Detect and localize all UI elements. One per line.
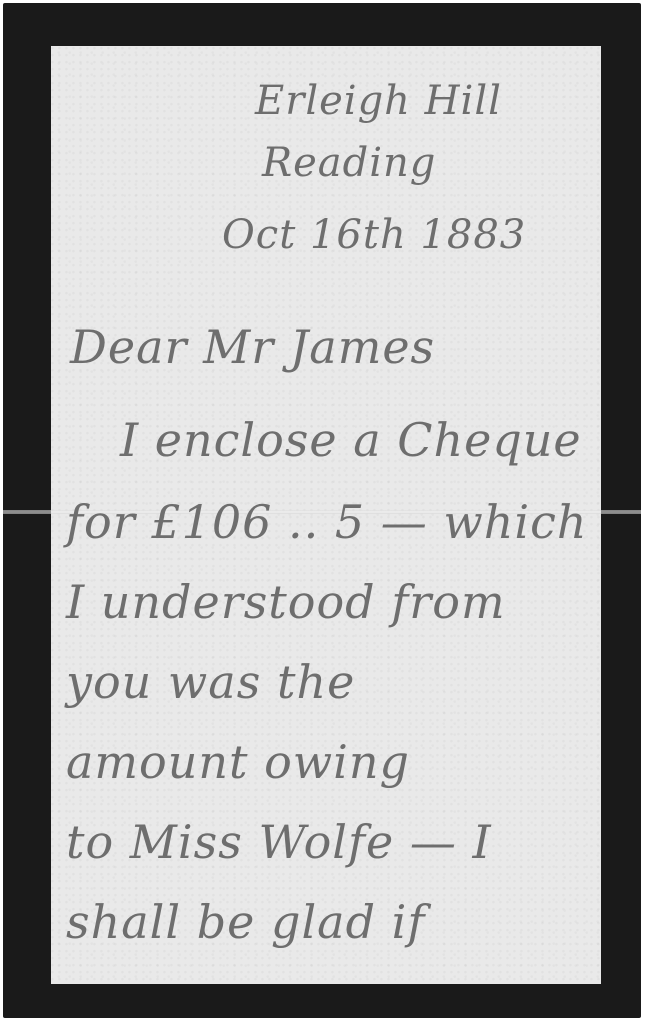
salutation: Dear Mr James: [70, 320, 435, 374]
body-line: I understood from: [66, 575, 506, 629]
address-line-2: Reading: [262, 140, 436, 186]
letter-date: Oct 16th 1883: [222, 212, 526, 258]
body-line: I enclose a Cheque: [120, 413, 582, 467]
body-line: you was the: [66, 655, 355, 709]
body-line: for £106 .. 5 — which: [66, 495, 588, 549]
body-line: amount owing: [66, 735, 410, 789]
body-line: to Miss Wolfe — I: [66, 815, 492, 869]
body-line: shall be glad if: [66, 895, 425, 949]
address-line-1: Erleigh Hill: [255, 78, 502, 124]
